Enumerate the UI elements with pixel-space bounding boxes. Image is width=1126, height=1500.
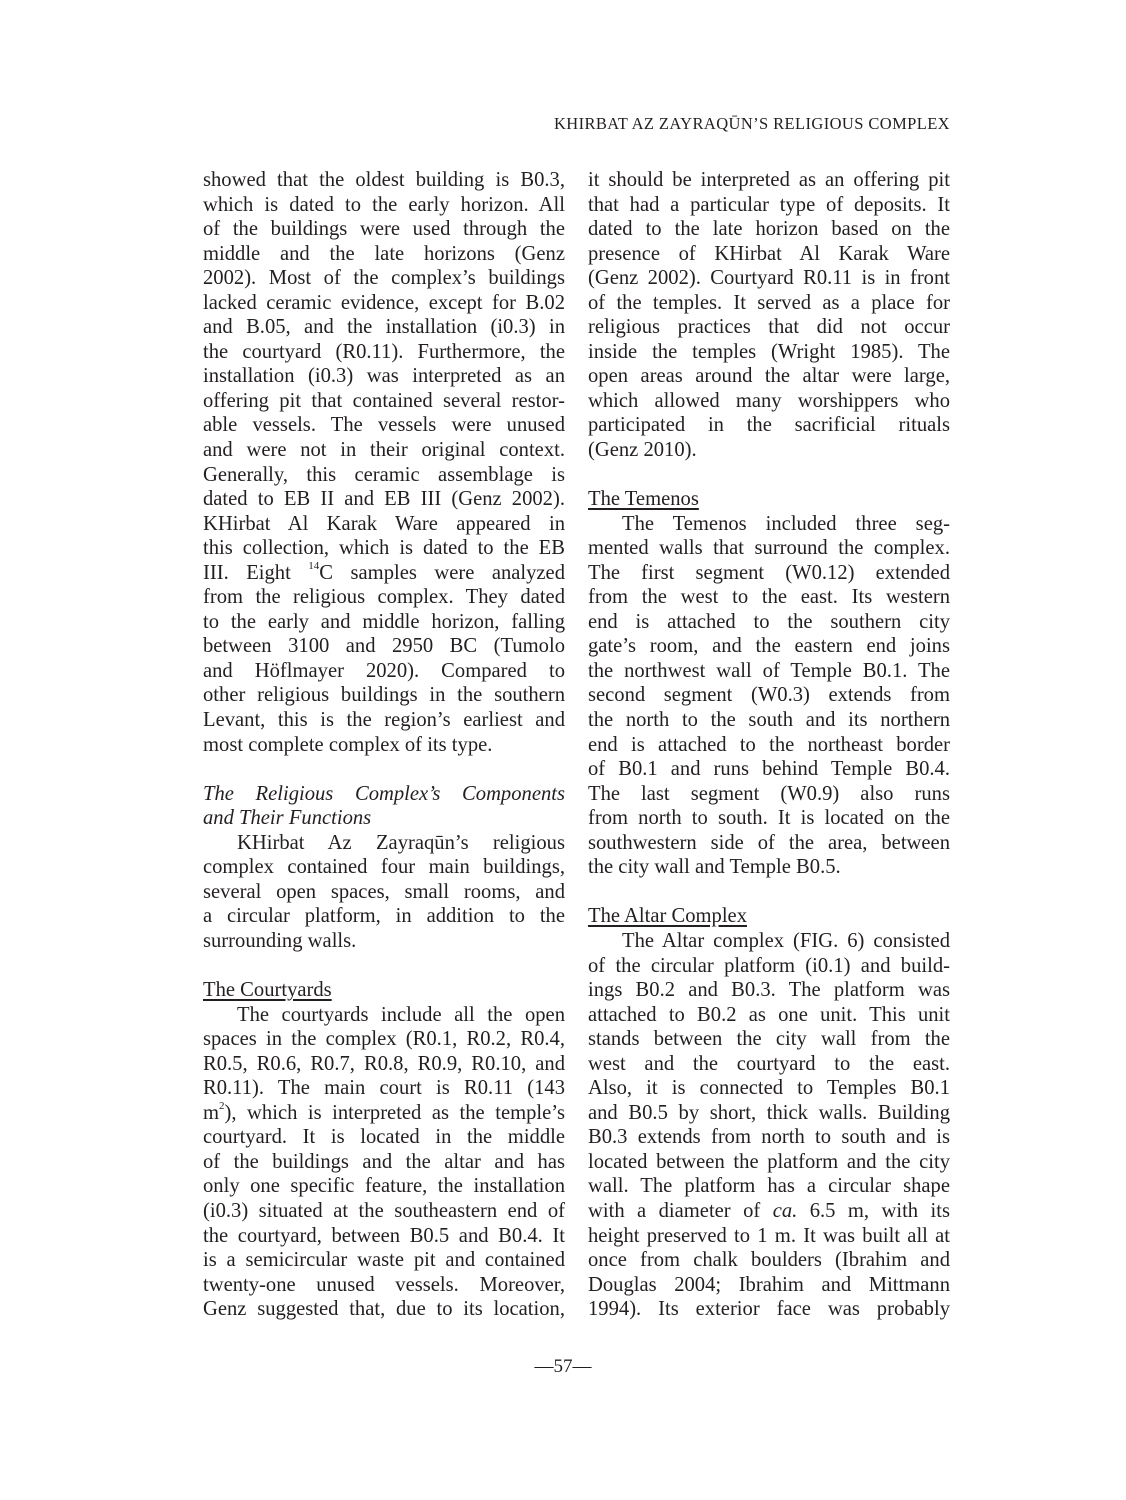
text-line: twenty-one unused vessels. Moreover,	[203, 1273, 565, 1298]
text-line: southwestern side of the area, between	[588, 831, 950, 856]
page-number: —57—	[0, 1356, 1126, 1378]
subheading-courtyards: The Courtyards	[203, 978, 565, 1003]
text-line: The courtyards include all the open	[203, 1003, 565, 1028]
running-head: KHIRBAT AZ ZAYRAQŪN’S RELIGIOUS COMPLEX	[554, 114, 950, 134]
text-line: inside the temples (Wright 1985). The	[588, 340, 950, 365]
text-line: gate’s room, and the eastern end joins	[588, 634, 950, 659]
text-line: installation (i0.3) was interpreted as a…	[203, 364, 565, 389]
text-line: Generally, this ceramic assemblage is	[203, 463, 565, 488]
text-line: KHirbat Az Zayraqūn’s religious	[203, 831, 565, 856]
subheading-altar-complex: The Altar Complex	[588, 904, 950, 929]
text-line: of the temples. It served as a place for	[588, 291, 950, 316]
text-line: height preserved to 1 m. It was built al…	[588, 1224, 950, 1249]
text-line: the northwest wall of Temple B0.1. The	[588, 659, 950, 684]
section-heading: The Religious Complex’s Components	[203, 782, 565, 807]
text-line: attached to B0.2 as one unit. This unit	[588, 1003, 950, 1028]
text-line: dated to EB II and EB III (Genz 2002).	[203, 487, 565, 512]
text-line: mented walls that surround the complex.	[588, 536, 950, 561]
text-line: to the early and middle horizon, falling	[203, 610, 565, 635]
text-line: and were not in their original context.	[203, 438, 565, 463]
text-line: showed that the oldest building is B0.3,	[203, 168, 565, 193]
text-line: KHirbat Al Karak Ware appeared in	[203, 512, 565, 537]
text-line: R0.11). The main court is R0.11 (143	[203, 1076, 565, 1101]
paragraph-gap	[203, 954, 565, 979]
text-line: wall. The platform has a circular shape	[588, 1174, 950, 1199]
text-line-ca: with a diameter of ca. 6.5 m, with its	[588, 1199, 950, 1224]
left-column: showed that the oldest building is B0.3,…	[203, 168, 565, 1322]
text-line: stands between the city wall from the	[588, 1027, 950, 1052]
text-line: open areas around the altar were large,	[588, 364, 950, 389]
text-line: second segment (W0.3) extends from	[588, 683, 950, 708]
text-line: once from chalk boulders (Ibrahim and	[588, 1248, 950, 1273]
text-line: other religious buildings in the souther…	[203, 683, 565, 708]
text-fragment: m	[203, 1102, 219, 1124]
text-line: R0.5, R0.6, R0.7, R0.8, R0.9, R0.10, and	[203, 1052, 565, 1077]
text-line: which allowed many worshippers who	[588, 389, 950, 414]
text-line: a circular platform, in addition to the	[203, 904, 565, 929]
text-line: and B0.5 by short, thick walls. Building	[588, 1101, 950, 1126]
paragraph-gap	[203, 757, 565, 782]
text-line: spaces in the complex (R0.1, R0.2, R0.4,	[203, 1027, 565, 1052]
text-line: Also, it is connected to Temples B0.1	[588, 1076, 950, 1101]
text-line: of the circular platform (i0.1) and buil…	[588, 954, 950, 979]
text-line: and Höflmayer 2020). Compared to	[203, 659, 565, 684]
text-line: able vessels. The vessels were unused	[203, 413, 565, 438]
text-line: (Genz 2002). Courtyard R0.11 is in front	[588, 266, 950, 291]
text-line: 1994). Its exterior face was probably	[588, 1297, 950, 1322]
text-line: end is attached to the southern city	[588, 610, 950, 635]
text-line: Douglas 2004; Ibrahim and Mittmann	[588, 1273, 950, 1298]
text-fragment: 6.5 m, with its	[797, 1200, 950, 1222]
text-line: located between the platform and the cit…	[588, 1150, 950, 1175]
section-heading: and Their Functions	[203, 806, 565, 831]
text-line-m2: m2), which is interpreted as the temple’…	[203, 1101, 565, 1126]
text-line: end is attached to the northeast border	[588, 733, 950, 758]
text-line: middle and the late horizons (Genz	[203, 242, 565, 267]
text-line: ings B0.2 and B0.3. The platform was	[588, 978, 950, 1003]
text-line: from the west to the east. Its western	[588, 585, 950, 610]
text-line: Levant, this is the region’s earliest an…	[203, 708, 565, 733]
text-line: lacked ceramic evidence, except for B.02	[203, 291, 565, 316]
text-line: from north to south. It is located on th…	[588, 806, 950, 831]
paragraph-gap	[588, 880, 950, 905]
text-line: this collection, which is dated to the E…	[203, 536, 565, 561]
text-line: dated to the late horizon based on the	[588, 217, 950, 242]
text-fragment: samples were analyzed	[351, 562, 565, 584]
text-line: (Genz 2010).	[588, 438, 950, 463]
text-line: complex contained four main buildings,	[203, 855, 565, 880]
text-fragment: ), which is interpreted as the temple’s	[225, 1102, 565, 1124]
text-line: B0.3 extends from north to south and is	[588, 1125, 950, 1150]
text-line: of the buildings were used through the	[203, 217, 565, 242]
text-line-carbon14: III. Eight 14C samples were analyzed	[203, 561, 565, 586]
paragraph-gap	[588, 463, 950, 488]
text-line: offering pit that contained several rest…	[203, 389, 565, 414]
italic-ca: ca.	[773, 1200, 798, 1222]
text-line: Genz suggested that, due to its location…	[203, 1297, 565, 1322]
text-line: it should be interpreted as an offering …	[588, 168, 950, 193]
text-line: religious practices that did not occur	[588, 315, 950, 340]
text-line: The first segment (W0.12) extended	[588, 561, 950, 586]
text-fragment: C	[319, 562, 350, 584]
text-line: only one specific feature, the installat…	[203, 1174, 565, 1199]
text-line: is a semicircular waste pit and containe…	[203, 1248, 565, 1273]
text-line: courtyard. It is located in the middle	[203, 1125, 565, 1150]
text-line: the city wall and Temple B0.5.	[588, 855, 950, 880]
superscript-2: 2	[219, 1100, 225, 1112]
text-line: The Altar complex (FIG. 6) consisted	[588, 929, 950, 954]
text-line: most complete complex of its type.	[203, 733, 565, 758]
text-line: between 3100 and 2950 BC (Tumolo	[203, 634, 565, 659]
text-line: of B0.1 and runs behind Temple B0.4.	[588, 757, 950, 782]
text-line: the north to the south and its northern	[588, 708, 950, 733]
text-line: surrounding walls.	[203, 929, 565, 954]
text-line: that had a particular type of deposits. …	[588, 193, 950, 218]
text-line: participated in the sacrificial rituals	[588, 413, 950, 438]
text-line: 2002). Most of the complex’s buildings	[203, 266, 565, 291]
text-line: The Temenos included three seg-	[588, 512, 950, 537]
text-line: several open spaces, small rooms, and	[203, 880, 565, 905]
text-line: west and the courtyard to the east.	[588, 1052, 950, 1077]
text-line: and B.05, and the installation (i0.3) in	[203, 315, 565, 340]
text-fragment: with a diameter of	[588, 1200, 773, 1222]
text-line: of the buildings and the altar and has	[203, 1150, 565, 1175]
text-line: which is dated to the early horizon. All	[203, 193, 565, 218]
superscript-14: 14	[308, 560, 319, 572]
right-column: it should be interpreted as an offering …	[588, 168, 950, 1322]
text-fragment: III. Eight	[203, 562, 308, 584]
subheading-temenos: The Temenos	[588, 487, 950, 512]
text-line: (i0.3) situated at the southeastern end …	[203, 1199, 565, 1224]
text-line: from the religious complex. They dated	[203, 585, 565, 610]
text-line: the courtyard (R0.11). Furthermore, the	[203, 340, 565, 365]
text-line: the courtyard, between B0.5 and B0.4. It	[203, 1224, 565, 1249]
text-line: presence of KHirbat Al Karak Ware	[588, 242, 950, 267]
text-line: The last segment (W0.9) also runs	[588, 782, 950, 807]
